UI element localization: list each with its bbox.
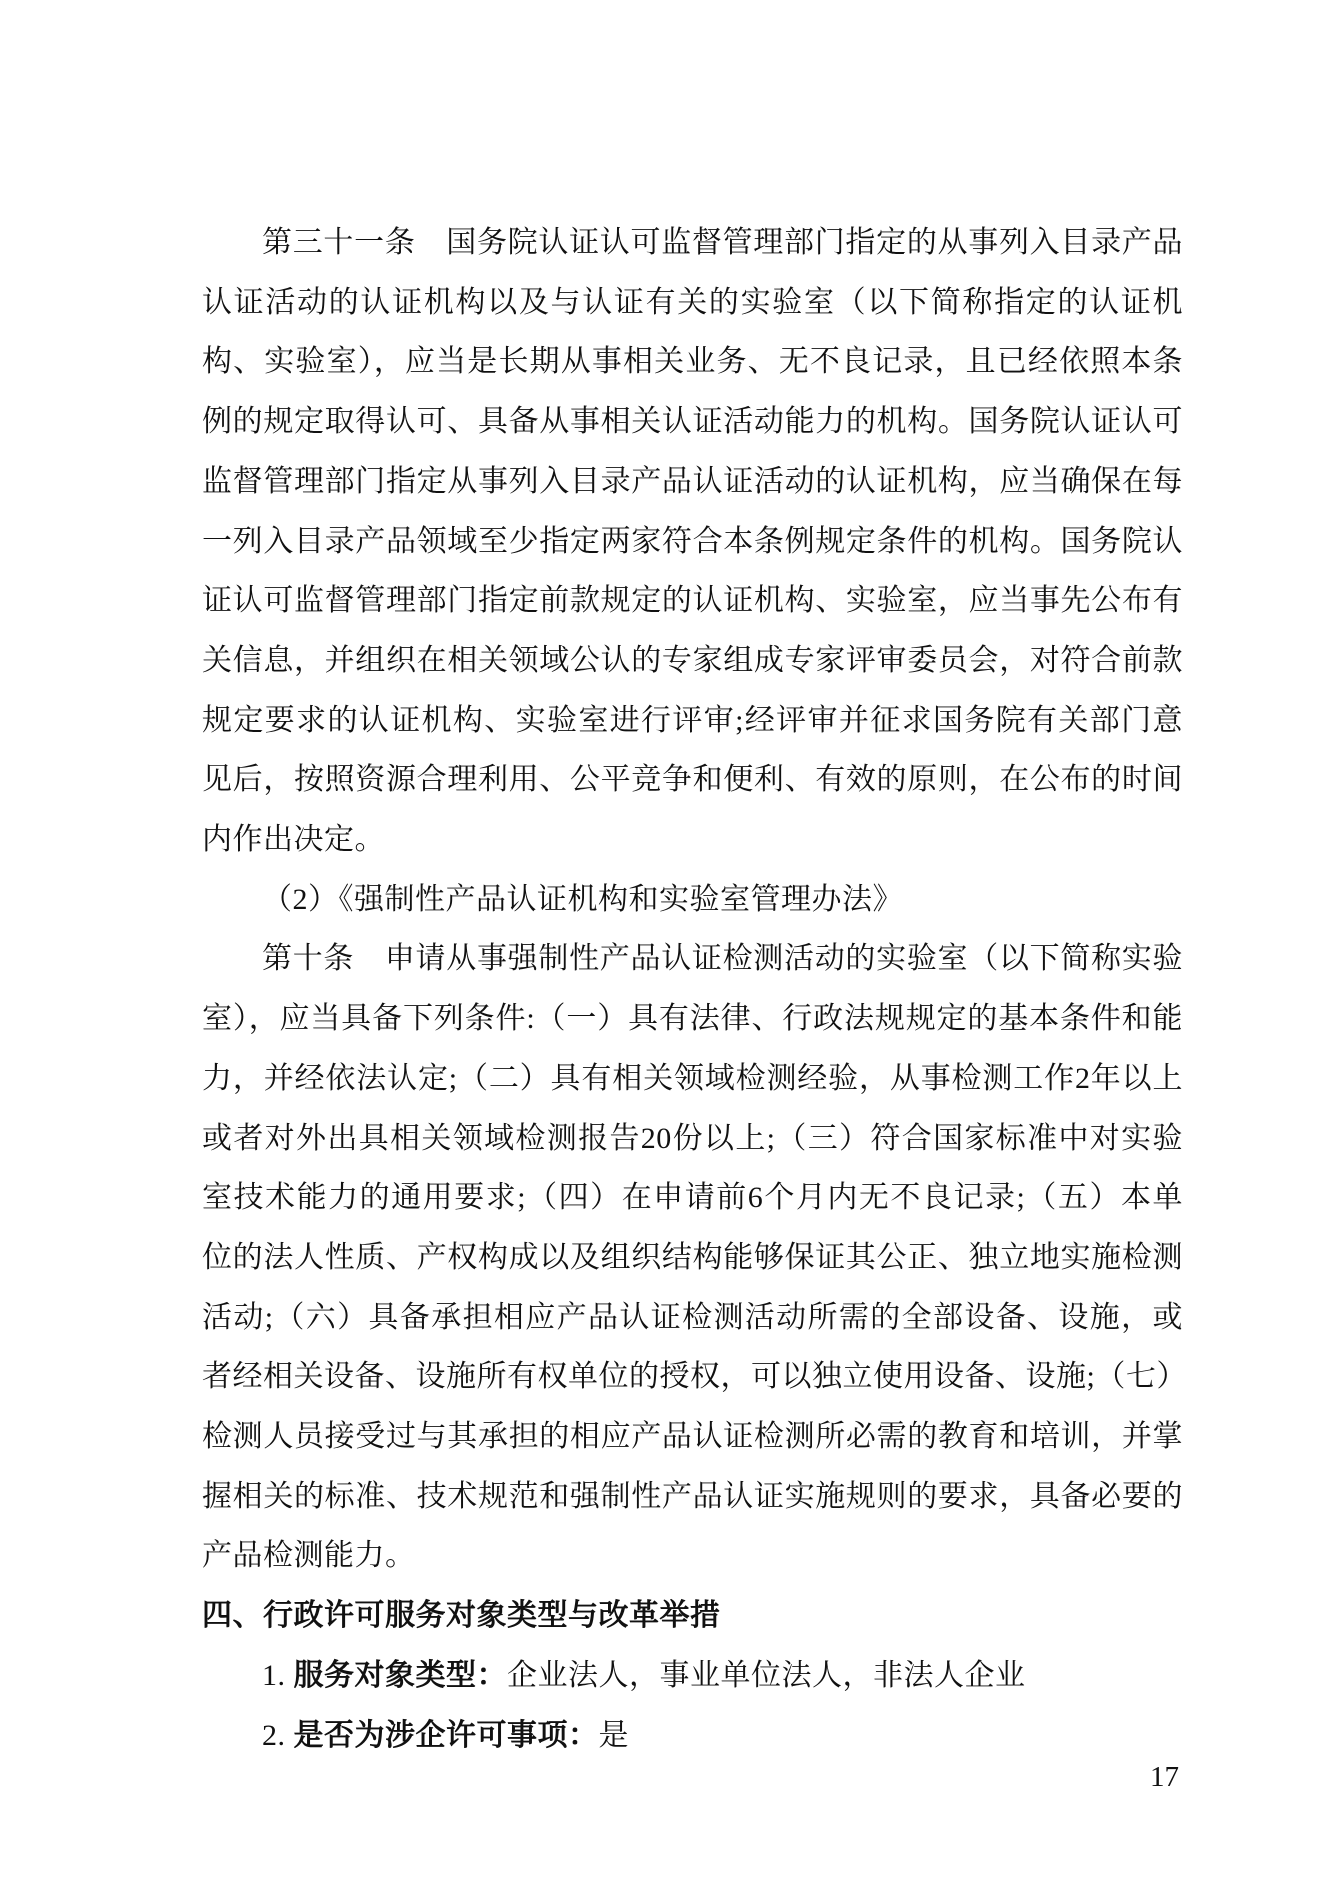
text-segment: 一列入目录产品领域至少指定两家符合本条例规定条件的机构。国务院认 bbox=[202, 525, 1183, 558]
text-line-22: 握相关的标准、技术规范和强制性产品认证实施规则的要求，具备必要的 bbox=[202, 1467, 1183, 1527]
text-segment: （2）《强制性产品认证机构和实验室管理办法》 bbox=[262, 883, 903, 916]
text-segment: 认证活动的认证机构以及与认证有关的实验室（以下简称指定的认证机 bbox=[202, 286, 1183, 319]
bold-text-segment: 四、行政许可服务对象类型与改革举措 bbox=[202, 1599, 721, 1632]
text-segment: 室），应当具备下列条件:（一）具有法律、行政法规规定的基本条件和能 bbox=[202, 1002, 1183, 1035]
bold-text-segment: 是否为涉企许可事项： bbox=[294, 1719, 599, 1752]
text-line-10: 见后，按照资源合理利用、公平竞争和便利、有效的原则，在公布的时间 bbox=[202, 750, 1183, 810]
text-segment: 规定要求的认证机构、实验室进行评审;经评审并征求国务院有关部门意 bbox=[202, 704, 1183, 737]
text-line-5: 监督管理部门指定从事列入目录产品认证活动的认证机构，应当确保在每 bbox=[202, 452, 1183, 512]
document-page: 第三十一条 国务院认证认可监督管理部门指定的从事列入目录产品认证活动的认证机构以… bbox=[0, 0, 1339, 1890]
text-segment: 力，并经依法认定;（二）具有相关领域检测经验，从事检测工作2年以上 bbox=[202, 1062, 1183, 1095]
text-segment: 产品检测能力。 bbox=[202, 1539, 416, 1572]
document-body: 第三十一条 国务院认证认可监督管理部门指定的从事列入目录产品认证活动的认证机构以… bbox=[202, 213, 1183, 1765]
text-segment: 关信息，并组织在相关领域公认的专家组成专家评审委员会，对符合前款 bbox=[202, 644, 1183, 677]
text-segment: 位的法人性质、产权构成以及组织结构能够保证其公正、独立地实施检测 bbox=[202, 1241, 1183, 1274]
text-line-6: 一列入目录产品领域至少指定两家符合本条例规定条件的机构。国务院认 bbox=[202, 512, 1183, 572]
text-line-1: 第三十一条 国务院认证认可监督管理部门指定的从事列入目录产品 bbox=[202, 213, 1183, 273]
text-segment: 证认可监督管理部门指定前款规定的认证机构、实验室，应当事先公布有 bbox=[202, 584, 1183, 617]
text-segment: 例的规定取得认可、具备从事相关认证活动能力的机构。国务院认证认可 bbox=[202, 405, 1183, 438]
text-line-13: 第十条 申请从事强制性产品认证检测活动的实验室（以下简称实验 bbox=[202, 929, 1183, 989]
text-line-26: 2. 是否为涉企许可事项：是 bbox=[202, 1706, 1183, 1766]
text-line-8: 关信息，并组织在相关领域公认的专家组成专家评审委员会，对符合前款 bbox=[202, 631, 1183, 691]
text-line-25: 1. 服务对象类型：企业法人，事业单位法人，非法人企业 bbox=[202, 1646, 1183, 1706]
text-line-9: 规定要求的认证机构、实验室进行评审;经评审并征求国务院有关部门意 bbox=[202, 691, 1183, 751]
text-line-7: 证认可监督管理部门指定前款规定的认证机构、实验室，应当事先公布有 bbox=[202, 571, 1183, 631]
text-segment: 者经相关设备、设施所有权单位的授权，可以独立使用设备、设施;（七） bbox=[202, 1360, 1187, 1393]
text-segment: 握相关的标准、技术规范和强制性产品认证实施规则的要求，具备必要的 bbox=[202, 1480, 1183, 1513]
text-line-20: 者经相关设备、设施所有权单位的授权，可以独立使用设备、设施;（七） bbox=[202, 1347, 1183, 1407]
text-segment: 内作出决定。 bbox=[202, 823, 385, 856]
text-line-18: 位的法人性质、产权构成以及组织结构能够保证其公正、独立地实施检测 bbox=[202, 1228, 1183, 1288]
text-segment: 或者对外出具相关领域检测报告20份以上;（三）符合国家标准中对实验 bbox=[202, 1122, 1183, 1155]
text-line-11: 内作出决定。 bbox=[202, 810, 1183, 870]
text-segment: 是 bbox=[599, 1719, 630, 1752]
text-segment: 2. bbox=[262, 1719, 294, 1752]
text-segment: 监督管理部门指定从事列入目录产品认证活动的认证机构，应当确保在每 bbox=[202, 465, 1183, 498]
text-segment: 活动;（六）具备承担相应产品认证检测活动所需的全部设备、设施，或 bbox=[202, 1301, 1183, 1334]
text-segment: 第三十一条 国务院认证认可监督管理部门指定的从事列入目录产品 bbox=[262, 226, 1183, 259]
text-segment: 企业法人，事业单位法人，非法人企业 bbox=[507, 1659, 1026, 1692]
text-segment: 1. bbox=[262, 1659, 294, 1692]
bold-text-segment: 服务对象类型： bbox=[294, 1659, 508, 1692]
text-segment: 构、实验室），应当是长期从事相关业务、无不良记录，且已经依照本条 bbox=[202, 345, 1183, 378]
text-line-12: （2）《强制性产品认证机构和实验室管理办法》 bbox=[202, 870, 1183, 930]
text-line-24: 四、行政许可服务对象类型与改革举措 bbox=[202, 1586, 1183, 1646]
text-line-23: 产品检测能力。 bbox=[202, 1526, 1183, 1586]
text-segment: 室技术能力的通用要求;（四）在申请前6个月内无不良记录;（五）本单 bbox=[202, 1181, 1183, 1214]
text-line-21: 检测人员接受过与其承担的相应产品认证检测所必需的教育和培训，并掌 bbox=[202, 1407, 1183, 1467]
page-number: 17 bbox=[1150, 1760, 1179, 1794]
text-segment: 检测人员接受过与其承担的相应产品认证检测所必需的教育和培训，并掌 bbox=[202, 1420, 1183, 1453]
text-line-15: 力，并经依法认定;（二）具有相关领域检测经验，从事检测工作2年以上 bbox=[202, 1049, 1183, 1109]
text-segment: 见后，按照资源合理利用、公平竞争和便利、有效的原则，在公布的时间 bbox=[202, 763, 1183, 796]
text-line-2: 认证活动的认证机构以及与认证有关的实验室（以下简称指定的认证机 bbox=[202, 273, 1183, 333]
text-line-3: 构、实验室），应当是长期从事相关业务、无不良记录，且已经依照本条 bbox=[202, 332, 1183, 392]
text-line-19: 活动;（六）具备承担相应产品认证检测活动所需的全部设备、设施，或 bbox=[202, 1288, 1183, 1348]
text-line-17: 室技术能力的通用要求;（四）在申请前6个月内无不良记录;（五）本单 bbox=[202, 1168, 1183, 1228]
text-line-16: 或者对外出具相关领域检测报告20份以上;（三）符合国家标准中对实验 bbox=[202, 1109, 1183, 1169]
text-line-14: 室），应当具备下列条件:（一）具有法律、行政法规规定的基本条件和能 bbox=[202, 989, 1183, 1049]
text-line-4: 例的规定取得认可、具备从事相关认证活动能力的机构。国务院认证认可 bbox=[202, 392, 1183, 452]
text-segment: 第十条 申请从事强制性产品认证检测活动的实验室（以下简称实验 bbox=[262, 942, 1183, 975]
